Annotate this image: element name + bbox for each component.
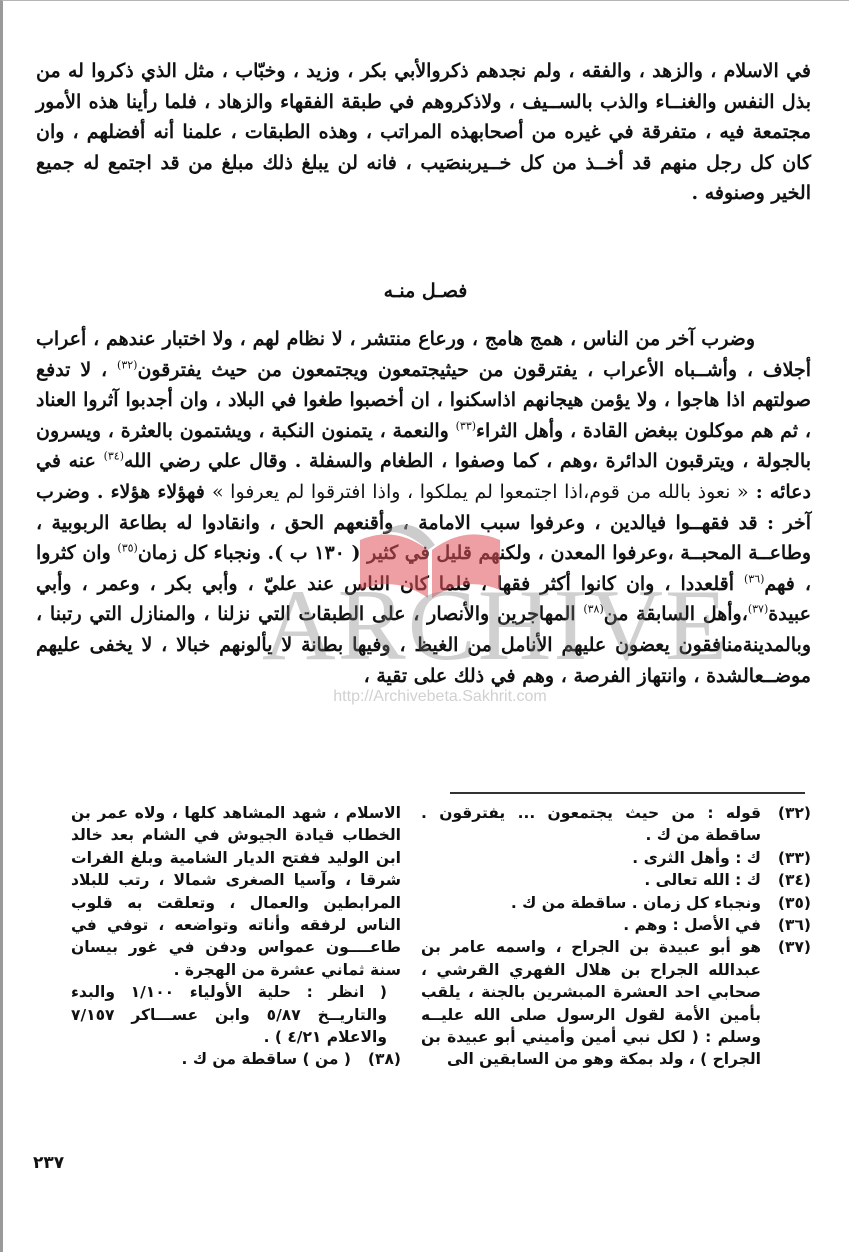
footnote-number: (٣٨)	[351, 1048, 401, 1070]
text-segment: وضرب آخر من الناس ، همج هامج ، ورعاع منت…	[36, 328, 811, 381]
footnote-38: (٣٨) ( من ) ساقطة من ك .	[71, 1048, 401, 1070]
footnote-number: (٣٥)	[761, 892, 811, 914]
footnote-35: (٣٥) ونجباء كل زمان . ساقطة من ك .	[421, 892, 811, 914]
footnote-36: (٣٦) في الأصل : وهم .	[421, 914, 811, 936]
footnotes-right-column: (٣٢) قوله : من حيث يجتمعون ... يفترقون .…	[421, 802, 811, 1071]
footnote-37-continuation: الاسلام ، شهد المشاهد كلها ، ولاه عمر بن…	[71, 802, 401, 981]
footnote-ref-32[interactable]: (٣٢)	[117, 358, 137, 371]
footnote-number: (٣٣)	[761, 847, 811, 869]
footnote-text: ونجباء كل زمان . ساقطة من ك .	[421, 892, 761, 914]
footnote-text: في الأصل : وهم .	[421, 914, 761, 936]
section-heading: فصـل منـه	[0, 280, 851, 302]
footnote-number: (٣٢)	[761, 802, 811, 847]
footnote-ref-38[interactable]: (٣٨)	[583, 603, 603, 616]
footnote-text: ك : الله تعالى .	[421, 869, 761, 891]
footnote-ref-35[interactable]: (٣٥)	[117, 542, 137, 555]
footnote-number: (٣٤)	[761, 869, 811, 891]
footnote-32: (٣٢) قوله : من حيث يجتمعون ... يفترقون .…	[421, 802, 811, 847]
footnote-text: قوله : من حيث يجتمعون ... يفترقون . ساقط…	[421, 802, 761, 847]
footnote-text: ( من ) ساقطة من ك .	[71, 1048, 351, 1070]
footnote-33: (٣٣) ك : وأهل الثرى .	[421, 847, 811, 869]
text-segment: ،وأهل السابقة من	[604, 603, 748, 625]
paragraph-continuation: في الاسلام ، والزهد ، والفقه ، ولم نجدهم…	[36, 56, 811, 209]
paragraph-section: وضرب آخر من الناس ، همج هامج ، ورعاع منت…	[36, 324, 811, 691]
footnote-separator	[450, 792, 805, 794]
footnote-number: (٣٦)	[761, 914, 811, 936]
footnote-text: هو أبو عبيدة بن الجراح ، واسمه عامر بن ع…	[421, 936, 761, 1070]
footnotes-left-column: الاسلام ، شهد المشاهد كلها ، ولاه عمر بن…	[71, 802, 401, 1071]
footnote-text: ك : وأهل الثرى .	[421, 847, 761, 869]
footnote-37: (٣٧) هو أبو عبيدة بن الجراح ، واسمه عامر…	[421, 936, 811, 1070]
footnote-ref-36[interactable]: (٣٦)	[744, 572, 764, 585]
footnote-37-sources: ( انظر : حلية الأولياء ١/١٠٠ والبدء والت…	[71, 981, 401, 1048]
page-number: ٢٣٧	[33, 1153, 64, 1173]
quoted-prayer: « نعوذ بالله من قوم،اذا اجتمعوا لم يملكو…	[212, 481, 749, 503]
paragraph-1-text: في الاسلام ، والزهد ، والفقه ، ولم نجدهم…	[36, 60, 811, 204]
footnote-34: (٣٤) ك : الله تعالى .	[421, 869, 811, 891]
book-page: في الاسلام ، والزهد ، والفقه ، ولم نجدهم…	[0, 0, 851, 1254]
footnote-ref-37[interactable]: (٣٧)	[748, 603, 768, 616]
footnote-ref-34[interactable]: (٣٤)	[104, 450, 124, 463]
footnote-number: (٣٧)	[761, 936, 811, 1070]
footnote-ref-33[interactable]: (٣٣)	[456, 419, 476, 432]
